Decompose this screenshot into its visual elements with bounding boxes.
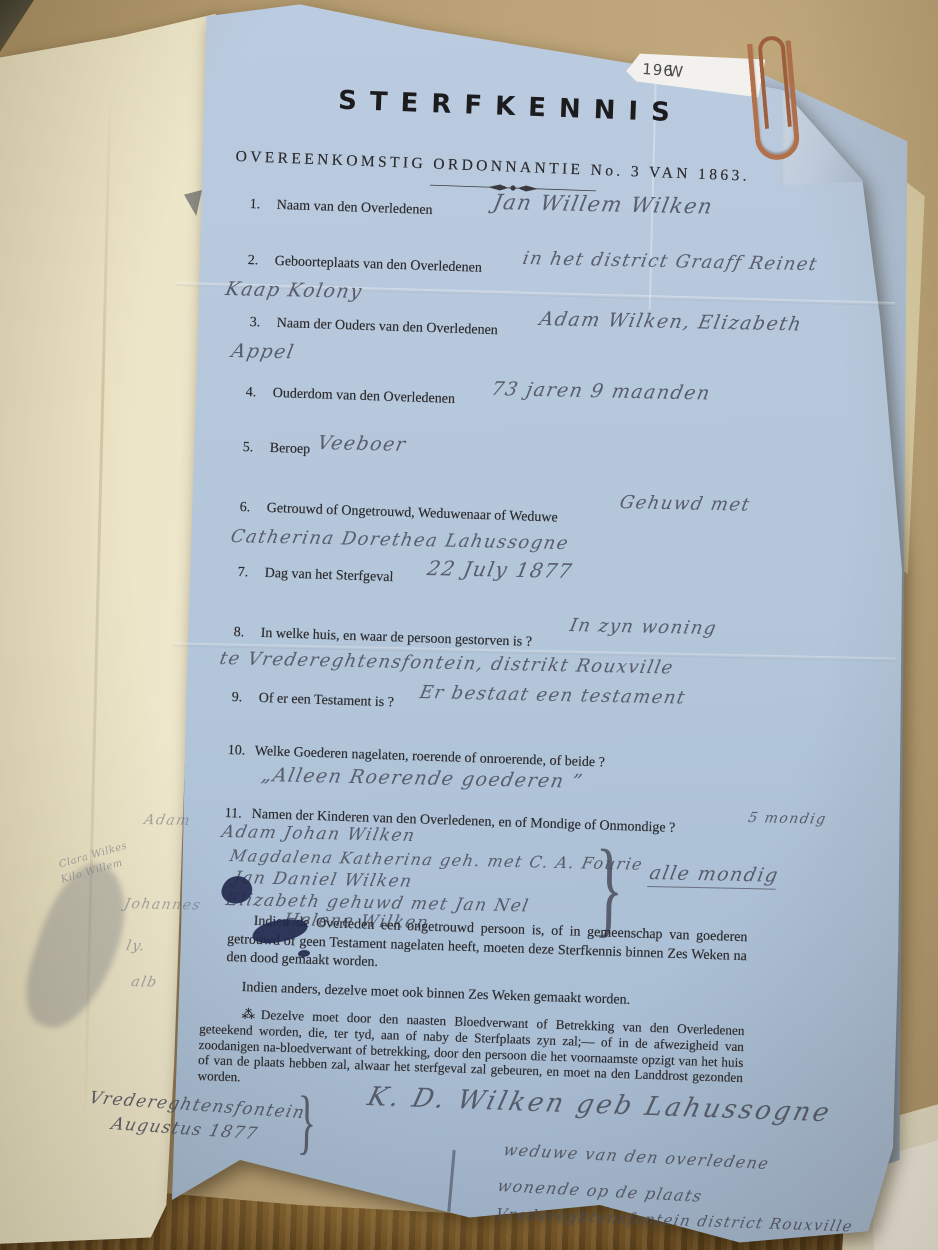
signature-brace: } [296,1080,317,1164]
margin-johannes: Johannes [123,896,203,914]
item-number: 2. [247,253,266,270]
item-11-count-note: 5 mondig [747,810,828,828]
note-3-mark: ⁂ [241,1006,255,1022]
child-3: Jan Daniel Wilken [232,868,414,892]
children-note: alle mondig [647,862,781,890]
item-5-answer: Veeboer [316,432,409,456]
margin-ly: ly. [125,938,148,954]
item-number: 4. [245,385,264,402]
item-6-answer: Gehuwd met [618,492,752,516]
item-number: 5. [242,440,261,457]
item-3-answer-cont: Appel [230,340,297,363]
archive-label-number: 196 [642,60,675,80]
child-1: Adam Johan Wilken [220,822,417,846]
item-8-answer: In zyn woning [568,615,719,639]
item-label: Of er een Testament is ? [258,691,394,710]
margin-alb: alb [130,974,159,991]
item-number: 1. [249,197,268,214]
item-number: 6. [239,500,258,517]
item-number: 11. [224,806,243,823]
item-label: Beroep [269,441,310,457]
form-item-5: 5.Beroep [242,440,310,458]
item-7-answer: 22 July 1877 [425,556,575,583]
item-number: 9. [231,690,250,707]
margin-adam: Adam [143,812,193,829]
item-number: 3. [249,315,268,332]
archival-photo: Clara Wilkes Kilo Willem STERFKENNIS OVE… [0,0,938,1250]
item-number: 8. [233,625,252,642]
item-4-answer: 73 jaren 9 maanden [490,378,713,405]
item-1-answer: Jan Willem Wilken [491,190,715,219]
item-number: 10. [227,743,246,760]
item-number: 7. [237,565,256,582]
item-label: Dag van het Sterfgeval [264,566,393,585]
item-2-answer-cont: Kaap Kolony [224,278,365,303]
